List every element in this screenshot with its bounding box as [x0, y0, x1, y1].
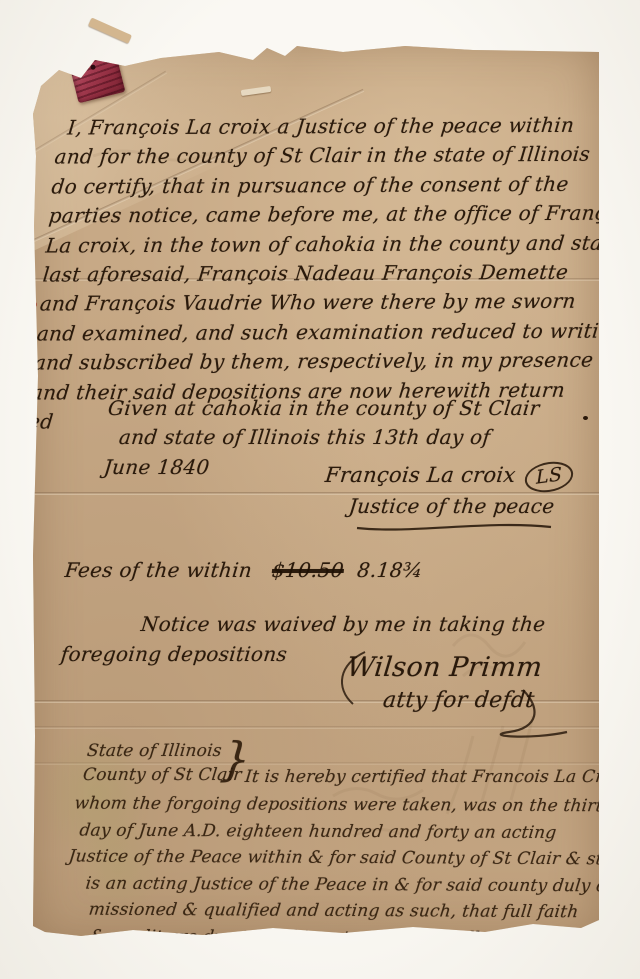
paper-tear [241, 86, 272, 96]
cert-line: is an acting Justice of the Peace in & f… [64, 870, 640, 900]
horizontal-fold-crease [33, 726, 599, 729]
cert-line: It is hereby certified that Francois La … [244, 764, 640, 791]
handwritten-line: and state of Illinois this 13th day of [103, 423, 538, 452]
cert-line: day of June A.D. eighteen hundred and fo… [70, 817, 640, 847]
catchword: over [548, 928, 582, 944]
notice-line: Notice was waived by me in taking the [140, 612, 547, 636]
signature-name: François La croix [324, 463, 517, 487]
handwritten-line: do certify, that in pursuance of the con… [50, 169, 640, 201]
cert-line: missioned & qualified and acting as such… [61, 896, 640, 926]
cert-line: whom the forgoing depositions were taken… [73, 790, 640, 820]
fees-line: Fees of the within $10.50 8.18¾ [64, 558, 424, 582]
red-speck [33, 302, 37, 307]
handwritten-line: Given at cahokia in the county of St Cla… [107, 394, 542, 423]
attorney-signature: Wilson Primm [345, 652, 543, 683]
handwritten-line: last aforesaid, François Nadeau François… [41, 257, 632, 289]
handwritten-line: I, François La croix a Justice of the pe… [56, 110, 640, 142]
handwritten-line: and subscribed by them, respectively, in… [33, 346, 624, 378]
certificate-paragraph: I, François La croix a Justice of the pe… [27, 110, 640, 437]
scanned-document: I, François La croix a Justice of the pe… [0, 0, 640, 979]
wax-seal [69, 51, 126, 103]
cert-paragraph: whom the forgoing depositions were taken… [58, 790, 640, 952]
handwritten-line: La croix, in the town of cahokia in the … [44, 228, 635, 260]
ls-seal: LS [525, 459, 575, 495]
notice-line: foregoing depositions [60, 642, 289, 666]
manuscript-page: I, François La croix a Justice of the pe… [33, 36, 599, 946]
justice-signature: François La croixLS [323, 462, 575, 492]
cert-state: State of Illinois [86, 738, 223, 765]
fees-label: Fees of the within [64, 558, 254, 582]
fees-struck-amount: $10.50 [271, 558, 345, 582]
handwritten-line: parties notice, came before me, at the o… [47, 199, 638, 231]
torn-paper-tab [88, 17, 132, 43]
attorney-title: atty for defdt [382, 688, 536, 713]
cert-line: & credit are due to all his acts as such… [58, 923, 639, 953]
justice-title: Justice of the peace [348, 494, 556, 518]
handwritten-line: and for the county of St Clair in the st… [53, 140, 640, 172]
handwritten-line: and François Vaudrie Who were there by m… [38, 287, 629, 319]
wax-seal-hole [90, 64, 96, 70]
fees-amount: 8.18¾ [356, 558, 424, 582]
handwritten-line: and examined, and such examination reduc… [36, 316, 627, 348]
pen-flourish [355, 518, 555, 536]
cert-line: Justice of the Peace within & for said C… [67, 843, 640, 873]
